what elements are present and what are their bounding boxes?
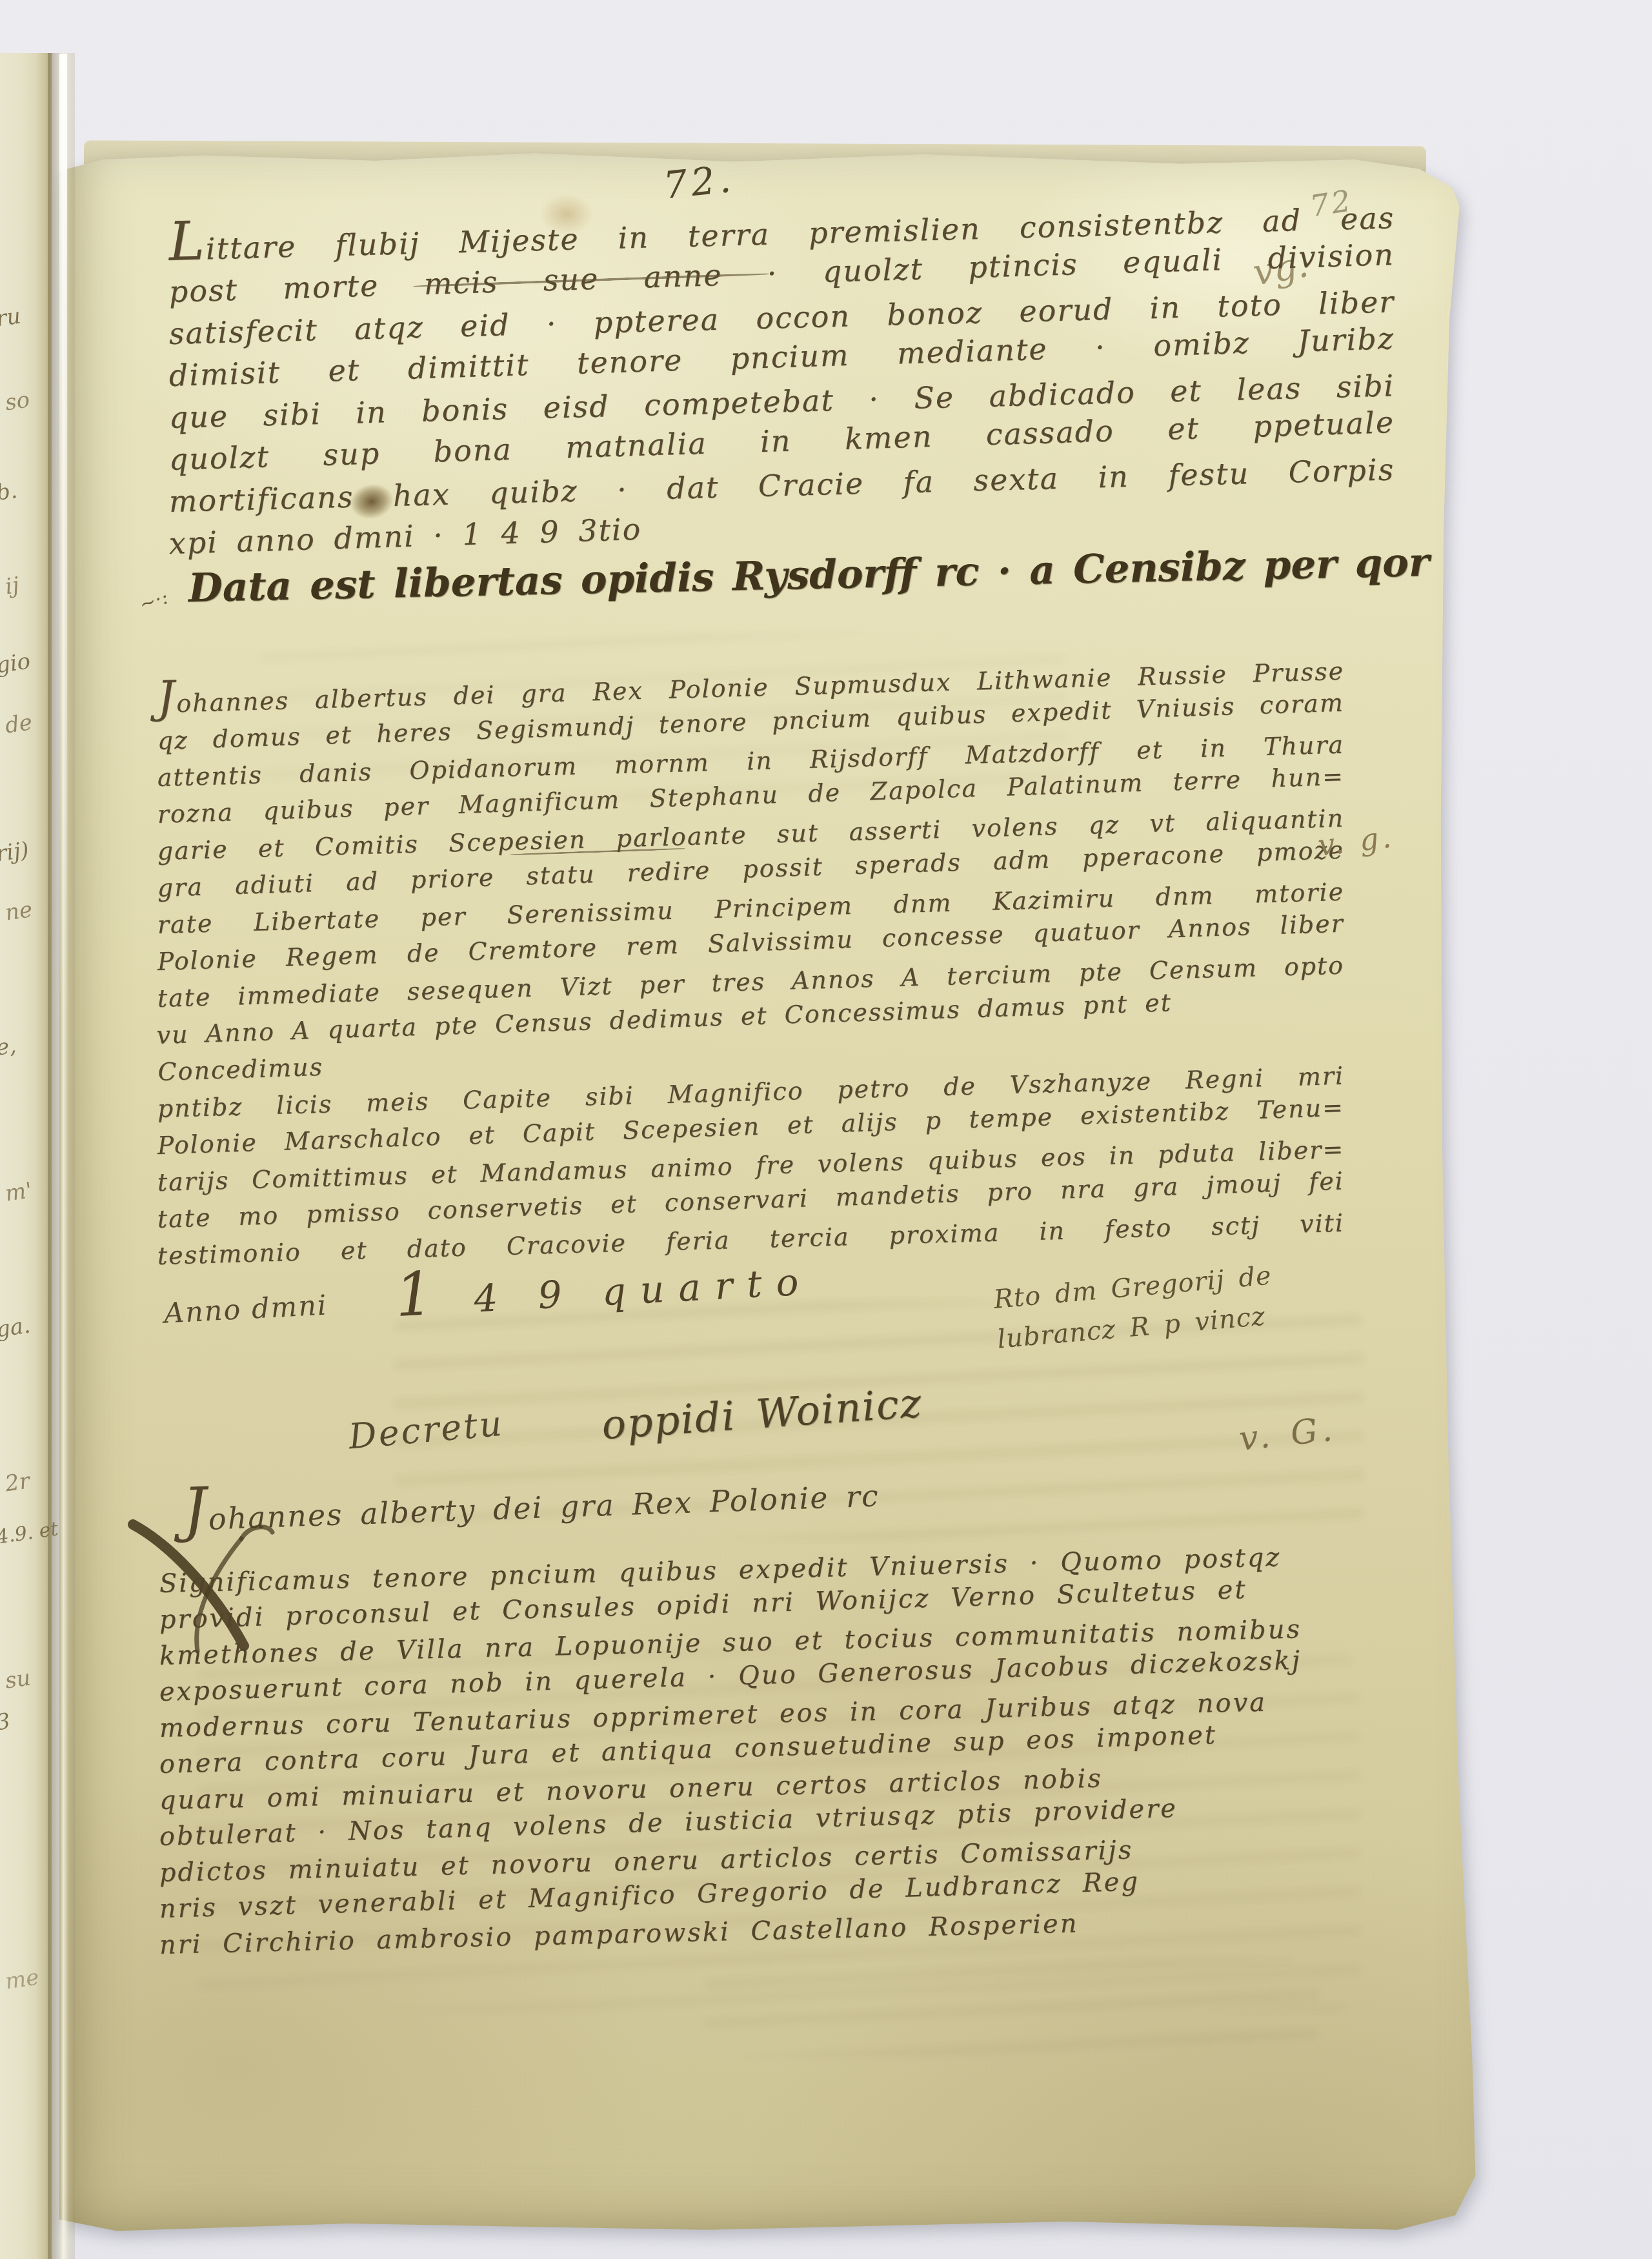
scanner-background: rusob.ijgioderij)nee,m'ga.2r4.9. etsu3me… bbox=[0, 0, 1652, 2259]
folio-number: 72. bbox=[661, 156, 737, 207]
gutter-text-fragment: b. bbox=[0, 478, 19, 506]
gutter-text-fragment: 2r bbox=[3, 1468, 31, 1497]
gutter-text-fragment: ru bbox=[0, 303, 23, 332]
previous-page-edge: rusob.ijgioderij)nee,m'ga.2r4.9. etsu3me bbox=[0, 53, 52, 2259]
date-line-prefix: Anno dmni bbox=[163, 1289, 328, 1330]
show-through-ghost bbox=[705, 1960, 1318, 2056]
gutter-text-fragment: e, bbox=[0, 1033, 18, 1061]
gutter-text-fragment: ga. bbox=[0, 1313, 32, 1343]
gutter-text-fragment: ne bbox=[3, 897, 34, 926]
gutter-text-fragment: so bbox=[3, 387, 31, 416]
gutter-text-fragment: rij) bbox=[0, 837, 30, 867]
gutter-text-fragment: ij bbox=[3, 572, 21, 600]
gutter-text-fragment: m' bbox=[3, 1177, 34, 1206]
gutter-highlight bbox=[59, 54, 67, 1022]
gutter-text-fragment: me bbox=[3, 1965, 40, 1995]
gutter-text-fragment: de bbox=[3, 709, 34, 738]
pen-trial-mark: ~·: bbox=[137, 586, 171, 616]
charter-paragraph: Johannes albertus dei gra Rex Polonie Su… bbox=[157, 681, 1345, 1275]
manuscript-page: 72. 72 vg. Littare flubij Mijeste in ter… bbox=[59, 152, 1498, 2232]
page-shadow-wrap: 72. 72 vg. Littare flubij Mijeste in ter… bbox=[0, 0, 1652, 2259]
decree-paragraph: Significamus tenore pncium quibus expedi… bbox=[159, 1566, 1385, 1963]
gutter-text-fragment: 3 bbox=[0, 1708, 12, 1736]
gutter-text-fragment: gio bbox=[0, 648, 32, 678]
gutter-text-fragment: su bbox=[3, 1665, 32, 1694]
